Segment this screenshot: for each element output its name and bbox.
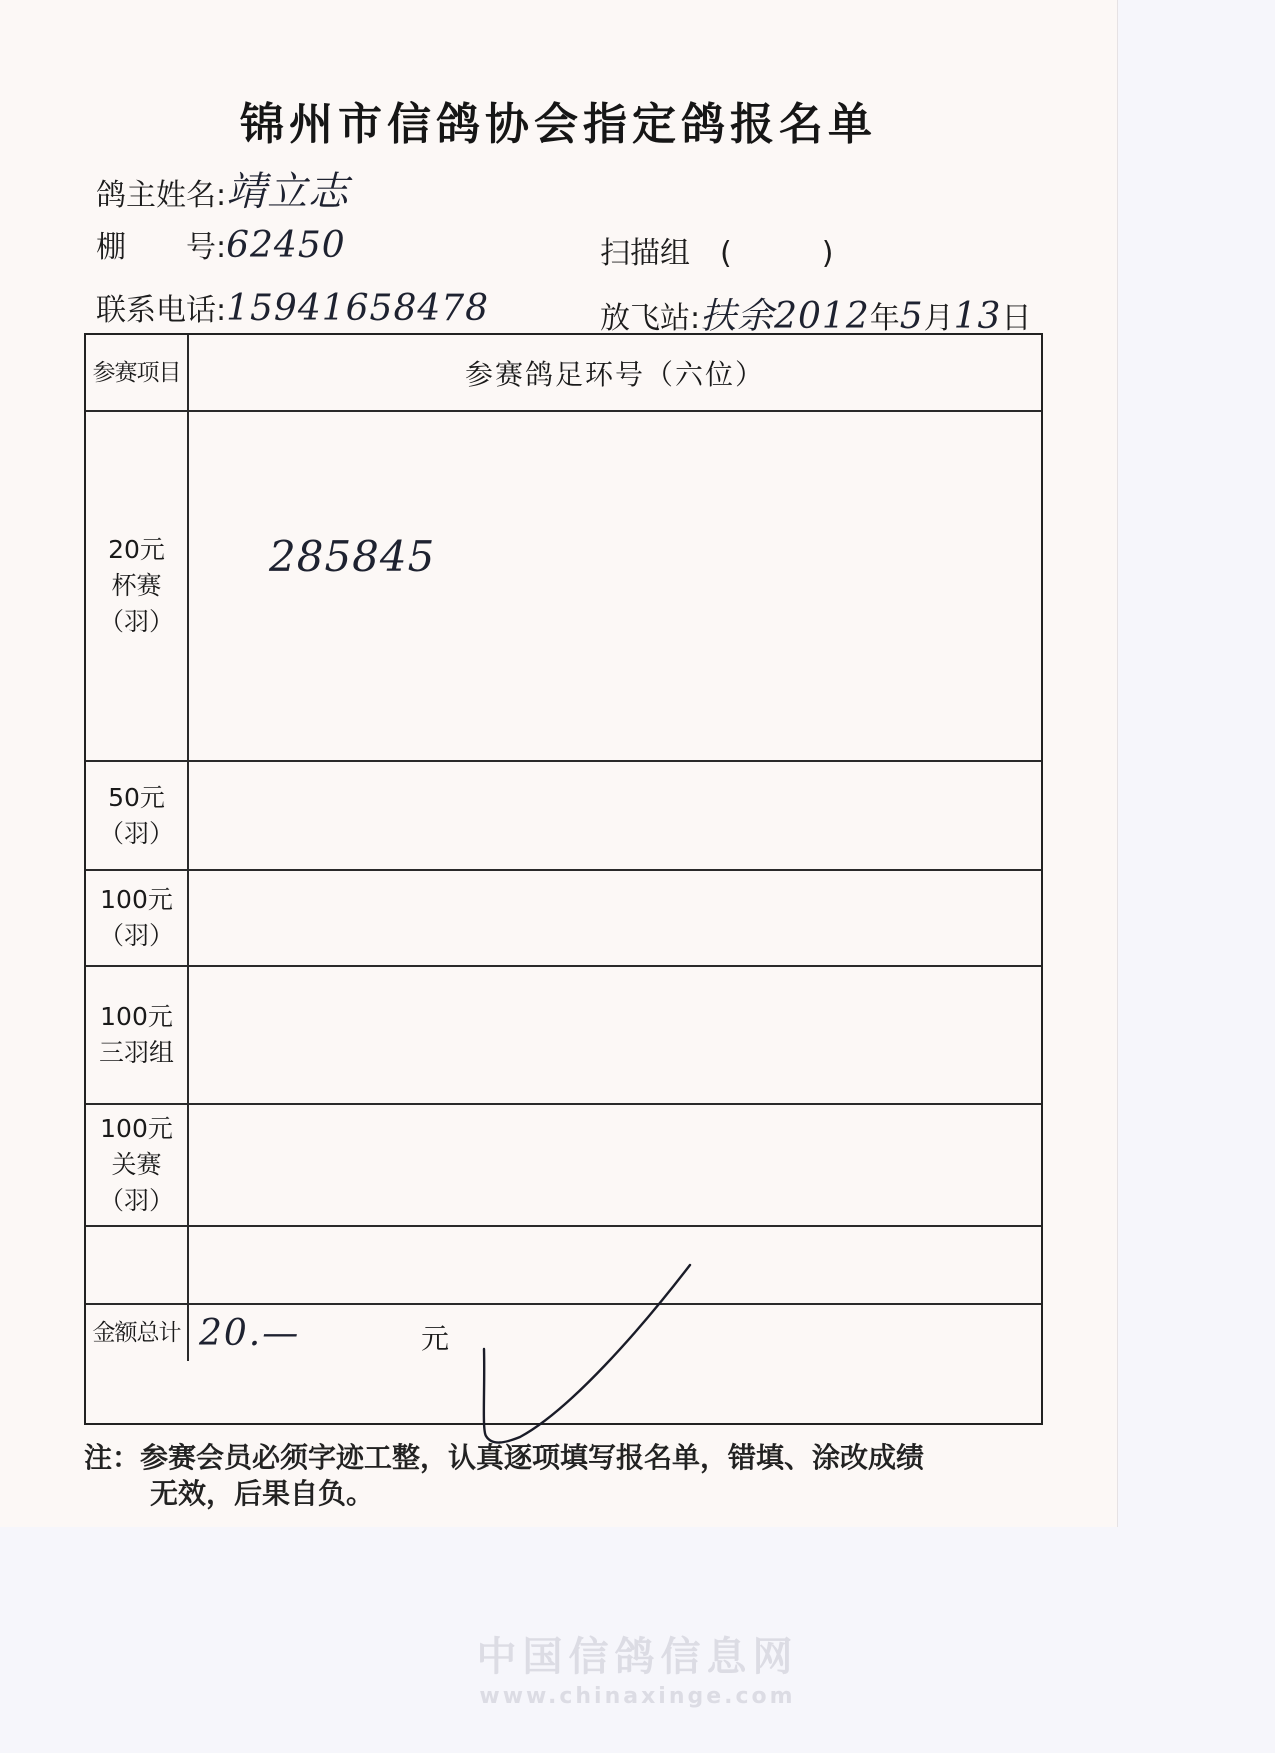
table-header-row: 参赛项目 参赛鸽足环号（六位） bbox=[86, 335, 1041, 412]
scan-group-field: 扫描组 ( ) bbox=[600, 228, 833, 272]
entry-form-paper: 锦州市信鸽协会指定鸽报名单 鸽主姓名:靖立志 棚 号:62450 扫描组 ( )… bbox=[0, 0, 1118, 1527]
rings-cell-cup-20[interactable]: 285845 bbox=[189, 412, 1041, 760]
release-year: 2012 bbox=[774, 296, 870, 337]
release-station-label: 放飞站: bbox=[600, 301, 700, 336]
table-row bbox=[86, 1227, 1041, 1305]
loft-number-value: 62450 bbox=[226, 225, 346, 266]
rings-cell-blank[interactable] bbox=[189, 1227, 1041, 1303]
row-label-100-group-of-three: 100元 三羽组 bbox=[86, 967, 189, 1103]
watermark-name: 中国信鸽信息网 bbox=[0, 1625, 1275, 1682]
table-row: 100元 关赛 （羽） bbox=[86, 1105, 1041, 1227]
entry-table: 参赛项目 参赛鸽足环号（六位） 20元 杯赛 （羽） 285845 50元 （羽… bbox=[84, 333, 1043, 1425]
release-station-field: 放飞站:扶余2012年5月13日 bbox=[600, 288, 1031, 339]
owner-name-field: 鸽主姓名:靖立志 bbox=[96, 160, 349, 217]
table-row: 50元 （羽） bbox=[86, 762, 1041, 871]
phone-value: 15941658478 bbox=[226, 288, 489, 329]
phone-label: 联系电话: bbox=[96, 293, 226, 328]
total-row: 金额总计 20.— 元 bbox=[86, 1305, 1041, 1423]
rings-cell-100-group-of-three[interactable] bbox=[189, 967, 1041, 1103]
watermark-url: www.chinaxinge.com bbox=[0, 1684, 1275, 1709]
rings-cell-50[interactable] bbox=[189, 762, 1041, 869]
table-row: 100元 （羽） bbox=[86, 871, 1041, 967]
total-value: 20.— bbox=[199, 1313, 300, 1354]
row-label-100-final: 100元 关赛 （羽） bbox=[86, 1105, 189, 1225]
table-row: 100元 三羽组 bbox=[86, 967, 1041, 1105]
rings-cell-100[interactable] bbox=[189, 871, 1041, 965]
row-label-blank bbox=[86, 1227, 189, 1303]
table-row: 20元 杯赛 （羽） 285845 bbox=[86, 412, 1041, 762]
release-station-value: 扶余 bbox=[700, 296, 774, 337]
header-category: 参赛项目 bbox=[86, 335, 189, 410]
ring-number: 285845 bbox=[269, 532, 435, 581]
day-unit: 日 bbox=[1001, 301, 1031, 336]
note-line-2: 无效，后果自负。 bbox=[84, 1476, 1064, 1512]
total-cell[interactable]: 20.— 元 bbox=[189, 1305, 1041, 1361]
year-unit: 年 bbox=[870, 301, 900, 336]
release-day: 13 bbox=[954, 296, 1002, 337]
loft-number-label: 棚 号: bbox=[96, 230, 226, 265]
row-label-cup-20: 20元 杯赛 （羽） bbox=[86, 412, 189, 760]
form-title: 锦州市信鸽协会指定鸽报名单 bbox=[0, 88, 1117, 152]
owner-name-label: 鸽主姓名: bbox=[96, 178, 226, 213]
scan-group-label: 扫描组 ( ) bbox=[600, 236, 833, 271]
rings-cell-100-final[interactable] bbox=[189, 1105, 1041, 1225]
site-watermark: 中国信鸽信息网 www.chinaxinge.com bbox=[0, 1625, 1275, 1709]
total-unit: 元 bbox=[421, 1317, 451, 1357]
note-line-1: 注：参赛会员必须字迹工整，认真逐项填写报名单，错填、涂改成绩 bbox=[84, 1441, 924, 1474]
total-label: 金额总计 bbox=[86, 1305, 189, 1361]
row-label-100: 100元 （羽） bbox=[86, 871, 189, 965]
phone-field: 联系电话:15941658478 bbox=[96, 285, 489, 329]
form-note: 注：参赛会员必须字迹工整，认真逐项填写报名单，错填、涂改成绩 无效，后果自负。 bbox=[84, 1440, 1064, 1512]
owner-name-value: 靖立志 bbox=[226, 169, 349, 215]
header-ring-numbers: 参赛鸽足环号（六位） bbox=[189, 335, 1041, 410]
release-month: 5 bbox=[900, 296, 924, 337]
month-unit: 月 bbox=[924, 301, 954, 336]
row-label-50: 50元 （羽） bbox=[86, 762, 189, 869]
loft-number-field: 棚 号:62450 bbox=[96, 222, 346, 266]
